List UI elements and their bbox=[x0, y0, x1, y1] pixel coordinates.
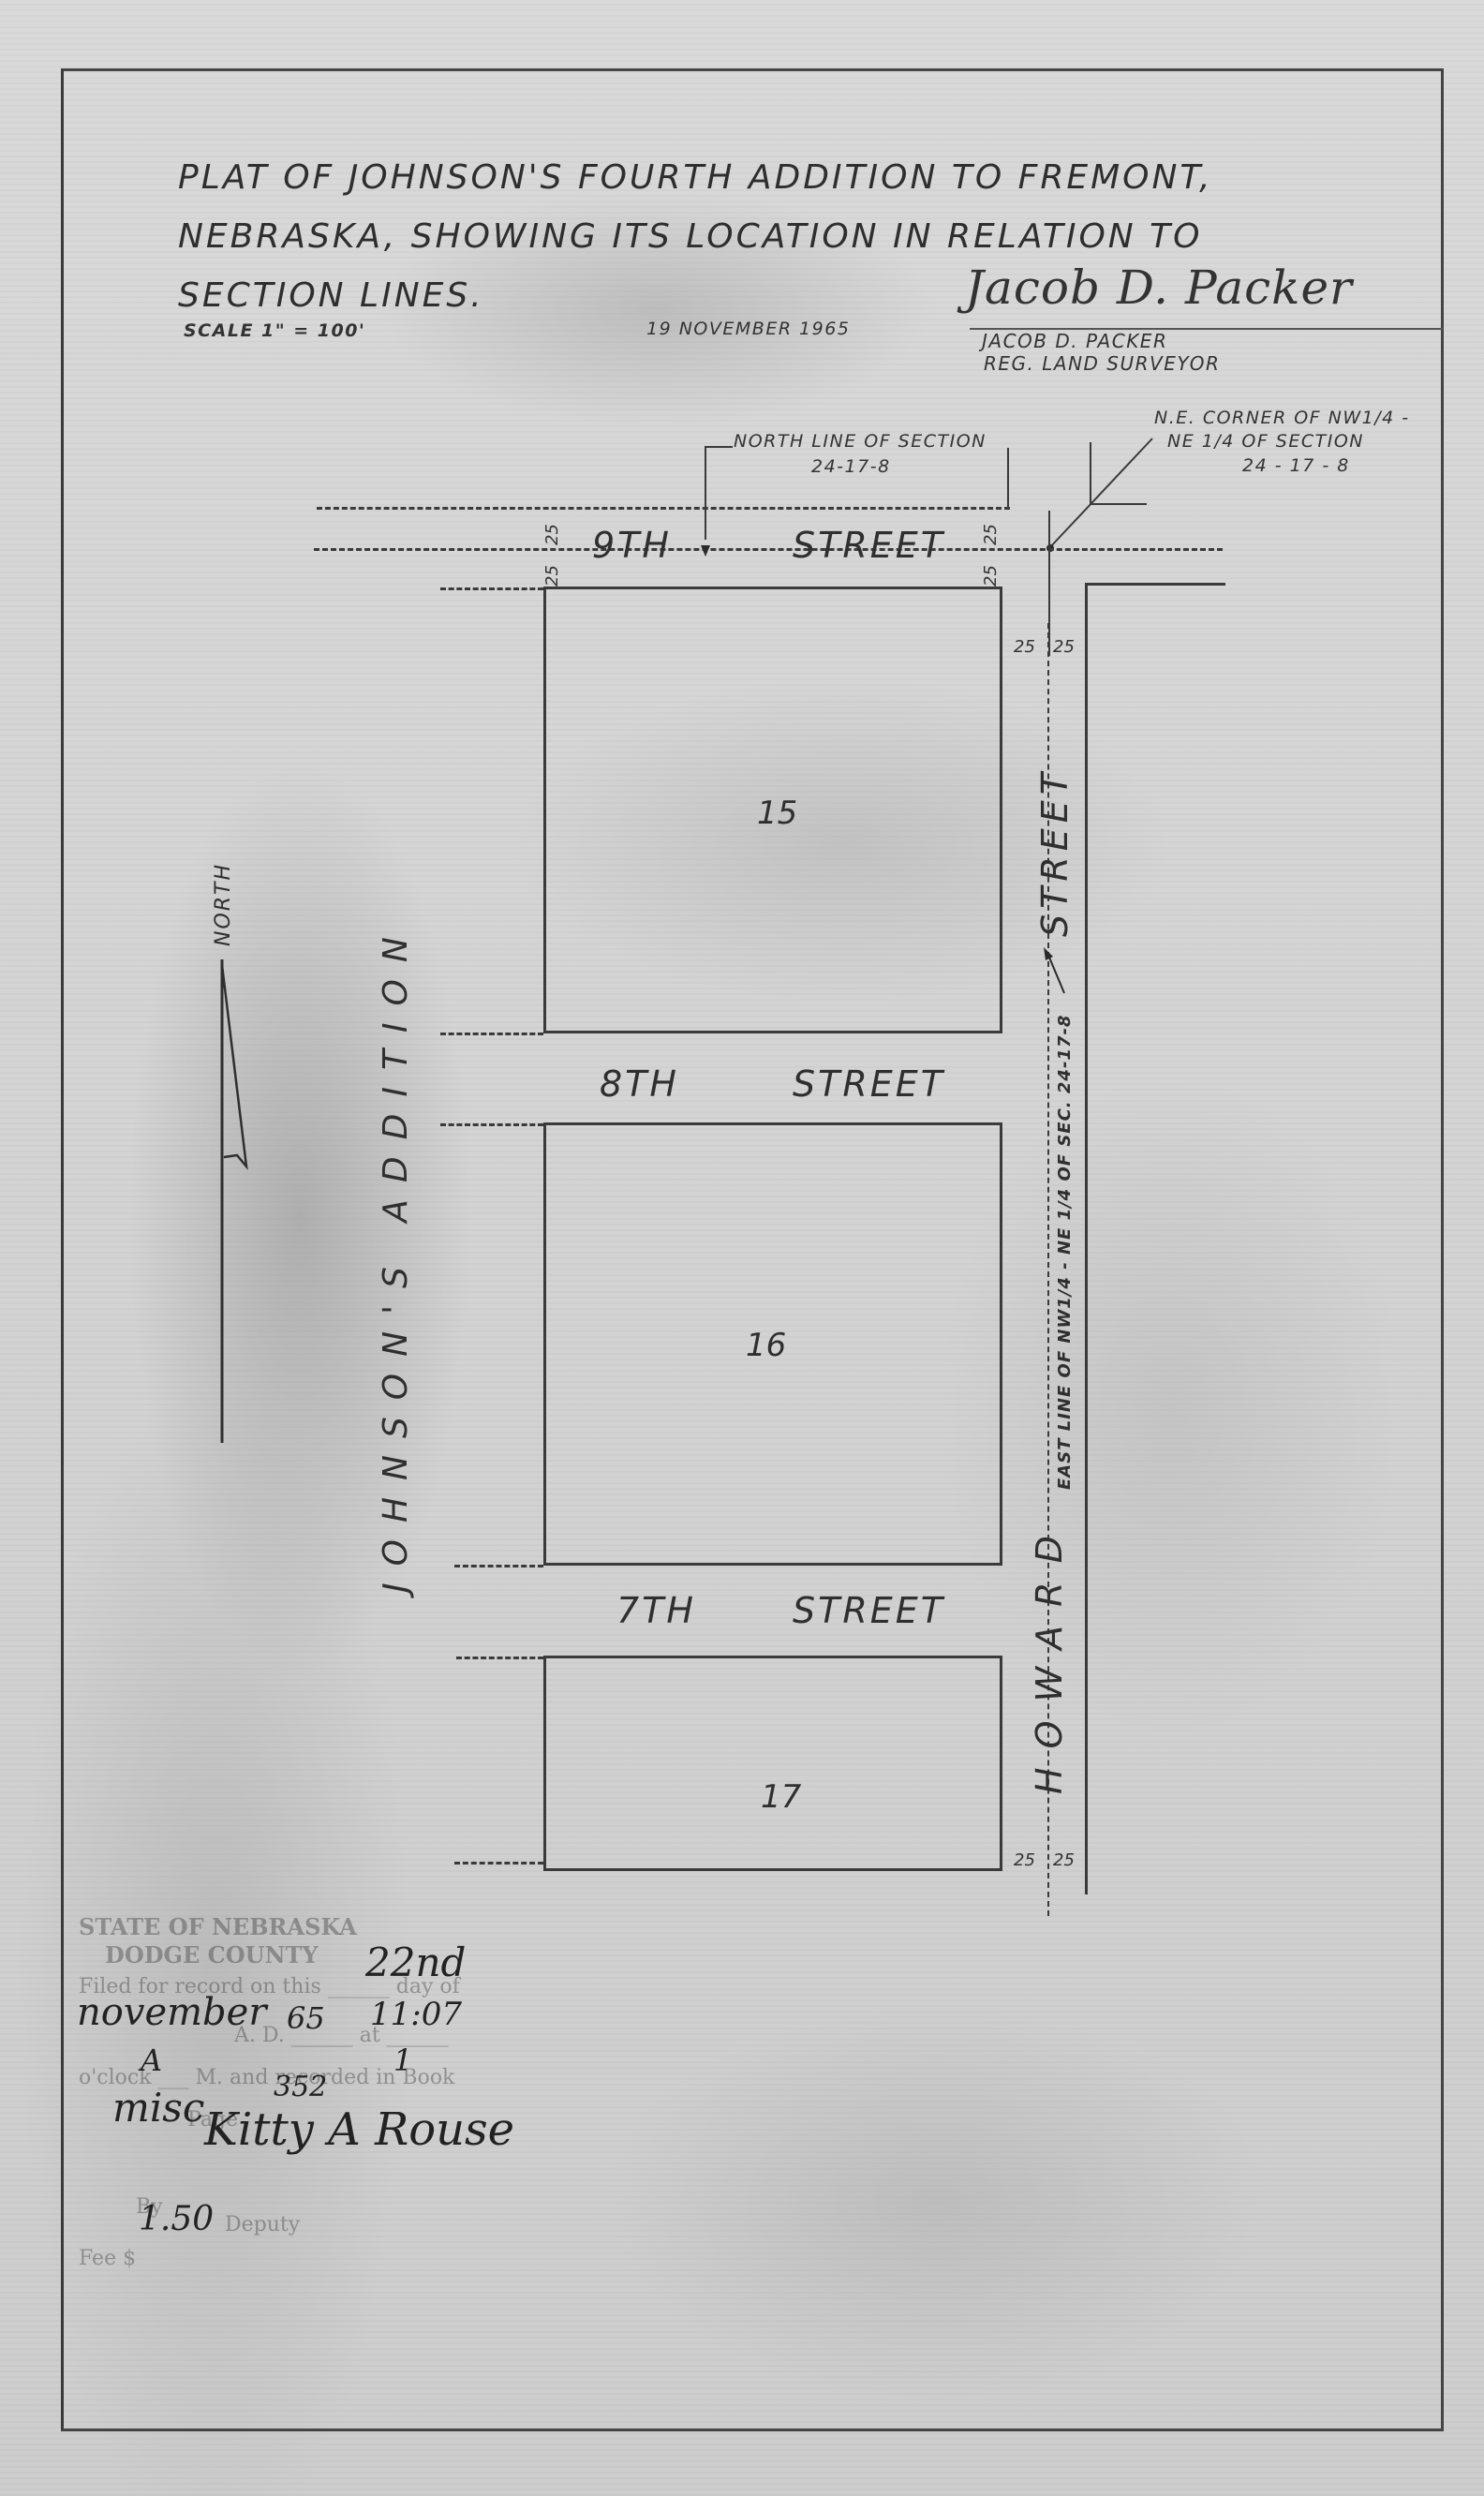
section-line-top bbox=[317, 507, 1010, 510]
north-arrow-label: NORTH bbox=[212, 863, 235, 946]
north-line-arrow-icon bbox=[693, 525, 721, 562]
block-15-bottom-extension bbox=[440, 1033, 543, 1035]
stamp-book: 1 bbox=[393, 2043, 412, 2078]
surveyor-name: JACOB D. PACKER bbox=[982, 330, 1167, 352]
east-line-label: EAST LINE OF NW1/4 - NE 1/4 OF SEC. 24-1… bbox=[1055, 1015, 1075, 1490]
stamp-month: november bbox=[77, 1991, 266, 2034]
ne-corner-marker-icon bbox=[1031, 431, 1255, 656]
ne-corner-section: 24 - 17 - 8 bbox=[1242, 455, 1350, 476]
east-line-arrow-icon bbox=[1040, 942, 1077, 998]
dim-9th-right-top: 25 bbox=[981, 524, 1001, 545]
dim-9th-left-bottom: 25 bbox=[542, 565, 562, 587]
section-centerline-9th bbox=[314, 548, 1223, 551]
block-16-bottom-extension bbox=[454, 1565, 543, 1567]
lot-15-number: 15 bbox=[757, 795, 797, 832]
lot-16-number: 16 bbox=[746, 1327, 786, 1364]
title-line-2: NEBRASKA, SHOWING ITS LOCATION IN RELATI… bbox=[178, 207, 1358, 266]
north-line-right-tick bbox=[1007, 448, 1009, 508]
stamp-deputy-text: Deputy bbox=[225, 2213, 300, 2236]
dim-howard-top-right: 25 bbox=[1053, 637, 1075, 657]
scale-label: SCALE 1" = 100' bbox=[184, 320, 365, 341]
north-line-label: NORTH LINE OF SECTION bbox=[734, 431, 987, 452]
street-7th-name: 7TH bbox=[616, 1590, 696, 1631]
howard-street-name: HOWARD bbox=[1029, 1517, 1070, 1794]
stamp-book-type: misc bbox=[112, 2085, 204, 2131]
street-8th-suffix: STREET bbox=[793, 1063, 945, 1105]
block-17-top-extension bbox=[456, 1657, 543, 1659]
block-16-top-extension bbox=[440, 1123, 543, 1126]
north-arrow-icon bbox=[211, 956, 267, 1443]
dim-howard-bottom-right: 25 bbox=[1053, 1850, 1075, 1870]
stamp-page: 352 bbox=[274, 2071, 327, 2103]
ne-corner-line-1: N.E. CORNER OF NW1/4 - bbox=[1154, 408, 1410, 428]
block-17-bottom-extension bbox=[454, 1862, 543, 1865]
dim-9th-right-bottom: 25 bbox=[981, 565, 1001, 587]
stamp-county: DODGE COUNTY bbox=[105, 1941, 319, 1969]
recorder-signature: Kitty A Rouse bbox=[204, 2103, 514, 2156]
howard-street-east-line bbox=[1085, 583, 1088, 1894]
howard-street-suffix: STREET bbox=[1034, 767, 1076, 937]
stamp-fee-text: Fee $ bbox=[79, 2247, 136, 2270]
block-15-left-extension bbox=[440, 587, 543, 590]
street-8th-name: 8TH bbox=[600, 1063, 679, 1105]
stamp-year: 65 bbox=[287, 2000, 325, 2036]
street-9th-name: 9TH bbox=[592, 525, 672, 566]
stamp-day: 22nd bbox=[365, 1939, 466, 1985]
lot-17-number: 17 bbox=[761, 1778, 801, 1816]
stamp-time: 11:07 bbox=[370, 1996, 462, 2033]
dim-9th-left-top: 25 bbox=[542, 524, 562, 545]
surveyor-title: REG. LAND SURVEYOR bbox=[984, 352, 1220, 375]
dim-howard-bottom-left: 25 bbox=[1014, 1850, 1035, 1870]
dim-howard-top-left: 25 bbox=[1014, 637, 1035, 657]
stamp-fee: 1.50 bbox=[139, 2200, 214, 2238]
north-line-leader-h bbox=[705, 446, 733, 448]
stamp-ampm: A bbox=[141, 2043, 162, 2078]
date-label: 19 NOVEMBER 1965 bbox=[646, 319, 850, 339]
johnsons-addition-label: JOHNSON'S ADDITION bbox=[377, 920, 415, 1593]
surveyor-signature: Jacob D. Packer bbox=[965, 260, 1353, 315]
street-9th-suffix: STREET bbox=[793, 525, 945, 566]
lot-17-boundary bbox=[543, 1656, 1002, 1871]
title-line-1: PLAT OF JOHNSON'S FOURTH ADDITION TO FRE… bbox=[178, 148, 1358, 207]
howard-street-top-edge bbox=[1085, 583, 1225, 586]
north-line-section: 24-17-8 bbox=[811, 456, 891, 477]
stamp-state: STATE OF NEBRASKA bbox=[79, 1913, 357, 1940]
street-7th-suffix: STREET bbox=[793, 1590, 945, 1631]
